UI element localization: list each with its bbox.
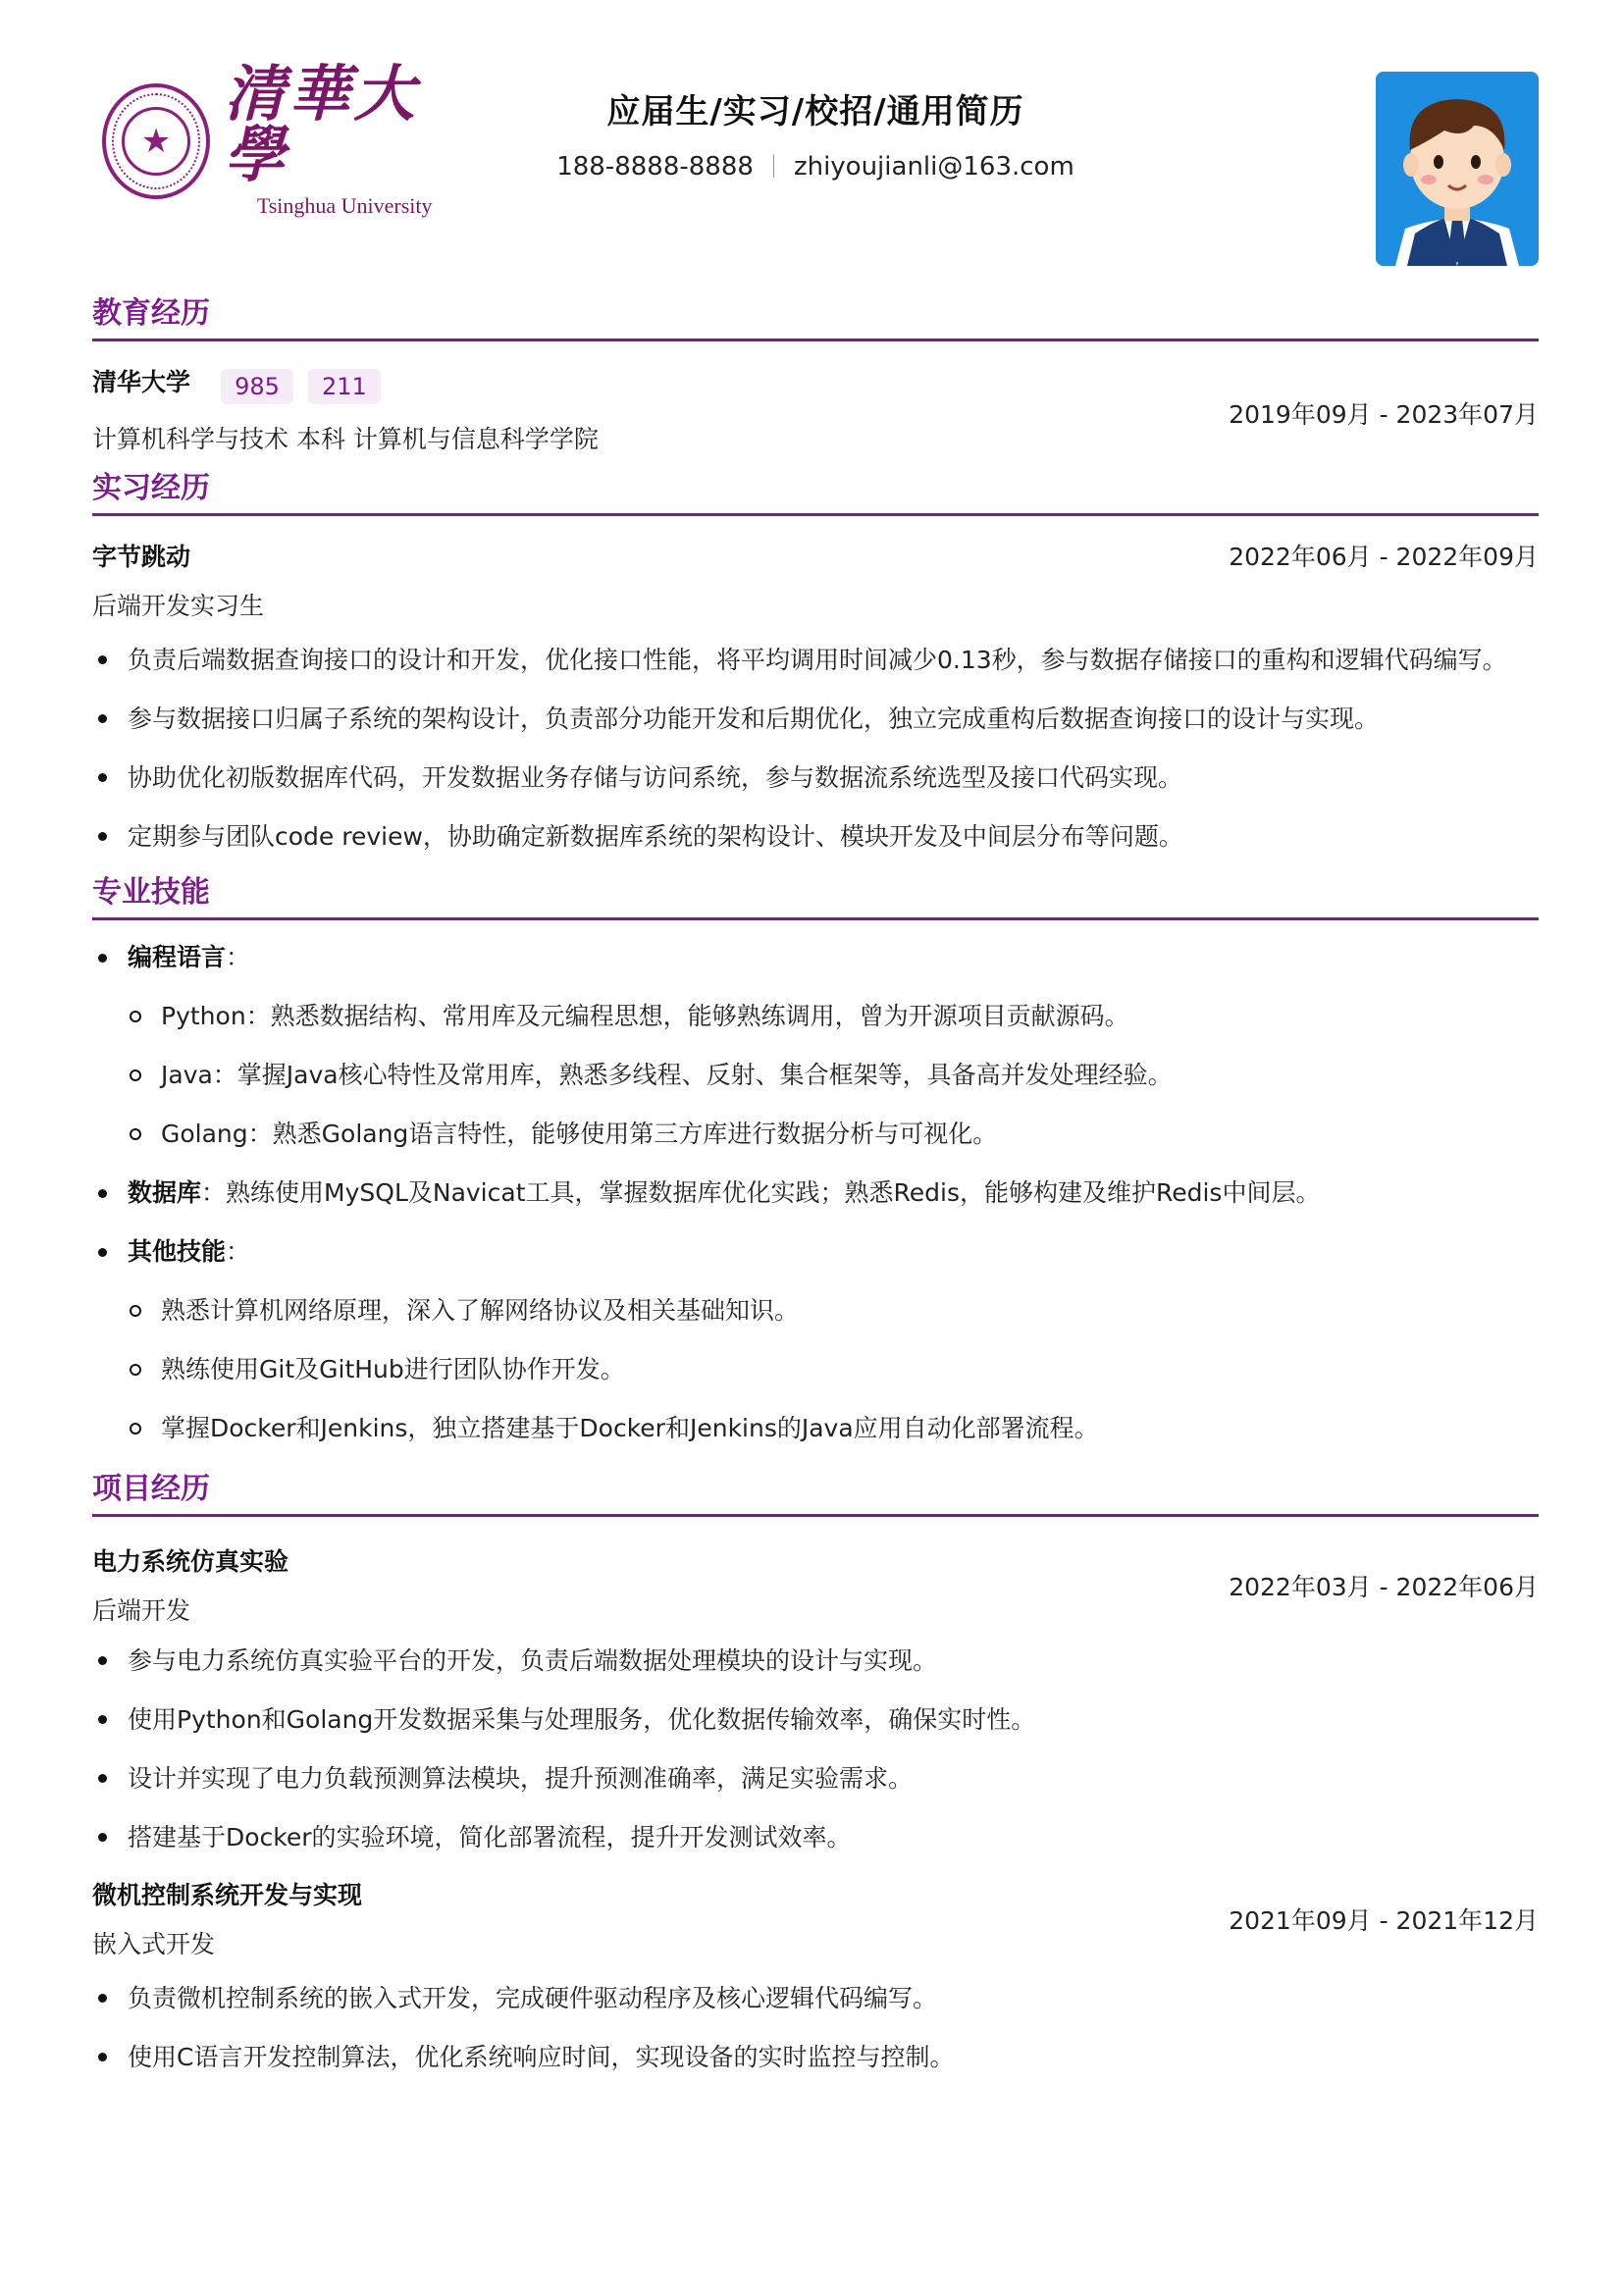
skill-group-database: 数据库：熟练使用MySQL及Navicat工具，掌握数据库优化实践；熟悉Redi… <box>92 1164 1539 1223</box>
education-detail: 计算机科学与技术 本科 计算机与信息科学学院 <box>92 420 599 455</box>
school-name: 清华大学 <box>92 368 190 396</box>
project-name: 电力系统仿真实验 <box>92 1542 288 1578</box>
tag-211: 211 <box>308 369 381 404</box>
avatar <box>1376 72 1539 266</box>
education-entry: 清华大学 985 211 计算机科学与技术 本科 计算机与信息科学学院 2019… <box>92 341 1539 459</box>
project-date: 2021年09月 - 2021年12月 <box>1229 1902 1539 1937</box>
skill-text: 熟练使用MySQL及Navicat工具，掌握数据库优化实践；熟悉Redis，能够… <box>226 1178 1320 1207</box>
internship-entry: 字节跳动 2022年06月 - 2022年09月 后端开发实习生 负责后端数据查… <box>92 538 1539 861</box>
project-date: 2022年03月 - 2022年06月 <box>1229 1568 1539 1603</box>
project-bullets: 参与电力系统仿真实验平台的开发，负责后端数据处理模块的设计与实现。 使用Pyth… <box>92 1637 1539 1862</box>
skill-label: 编程语言 <box>128 943 226 971</box>
section-title-internship: 实习经历 <box>92 469 1539 516</box>
section-title-education: 教育经历 <box>92 294 1539 341</box>
project-bullet: 使用Python和Golang开发数据采集与处理服务，优化数据传输效率，确保实时… <box>92 1695 1539 1745</box>
project-bullet: 搭建基于Docker的实验环境，简化部署流程，提升开发测试效率。 <box>92 1813 1539 1862</box>
project-name: 微机控制系统开发与实现 <box>92 1876 362 1911</box>
cartoon-boy-avatar-icon <box>1376 72 1539 266</box>
other-skills-list: 熟悉计算机网络原理，深入了解网络协议及相关基础知识。 熟练使用Git及GitHu… <box>92 1281 1539 1458</box>
skill-item: 熟悉计算机网络原理，深入了解网络协议及相关基础知识。 <box>92 1281 1539 1340</box>
skill-item: Golang：熟悉Golang语言特性，能够使用第三方库进行数据分析与可视化。 <box>92 1105 1539 1164</box>
project-bullet: 设计并实现了电力负载预测算法模块，提升预测准确率，满足实验需求。 <box>92 1754 1539 1803</box>
project-bullet: 参与电力系统仿真实验平台的开发，负责后端数据处理模块的设计与实现。 <box>92 1637 1539 1686</box>
internship-role: 后端开发实习生 <box>92 587 1539 622</box>
logo-name-en: Tsinghua University <box>257 193 433 219</box>
project-bullets: 负责微机控制系统的嵌入式开发，完成硬件驱动程序及核心逻辑代码编写。 使用C语言开… <box>92 1974 1539 2082</box>
email: zhiyoujianli@163.com <box>794 152 1074 182</box>
internship-bullet: 定期参与团队code review，协助确定新数据库系统的架构设计、模块开发及中… <box>92 812 1539 861</box>
skill-label: 数据库 <box>128 1178 201 1207</box>
internship-date: 2022年06月 - 2022年09月 <box>1229 538 1539 573</box>
resume-page: ★ 清華大學 Tsinghua University 应届生/实习/校招/通用简… <box>92 0 1539 2082</box>
contact-line: 188-8888-8888zhiyoujianli@163.com <box>92 152 1539 182</box>
tag-985: 985 <box>221 369 293 404</box>
section-education: 教育经历 清华大学 985 211 计算机科学与技术 本科 计算机与信息科学学院… <box>92 294 1539 459</box>
section-internship: 实习经历 字节跳动 2022年06月 - 2022年09月 后端开发实习生 负责… <box>92 469 1539 861</box>
skill-item: Java：掌握Java核心特性及常用库，熟悉多线程、反射、集合框架等，具备高并发… <box>92 1046 1539 1105</box>
skill-label: 其他技能 <box>128 1237 226 1266</box>
project-bullet: 使用C语言开发控制算法，优化系统响应时间，实现设备的实时监控与控制。 <box>92 2033 1539 2082</box>
skill-item: 熟练使用Git及GitHub进行团队协作开发。 <box>92 1340 1539 1399</box>
section-projects: 项目经历 电力系统仿真实验 后端开发 2022年03月 - 2022年06月 参… <box>92 1470 1539 2082</box>
skill-group-programming: 编程语言： <box>92 928 1539 987</box>
programming-skills-list: Python：熟悉数据结构、常用库及元编程思想，能够熟练调用，曾为开源项目贡献源… <box>92 987 1539 1164</box>
internship-bullet: 协助优化初版数据库代码，开发数据业务存储与访问系统，参与数据流系统选型及接口代码… <box>92 754 1539 803</box>
project-entry: 微机控制系统开发与实现 嵌入式开发 2021年09月 - 2021年12月 负责… <box>92 1862 1539 2082</box>
skill-item: 掌握Docker和Jenkins，独立搭建基于Docker和Jenkins的Ja… <box>92 1399 1539 1458</box>
section-skills: 专业技能 编程语言： Python：熟悉数据结构、常用库及元编程思想，能够熟练调… <box>92 873 1539 1458</box>
company-name: 字节跳动 <box>92 538 190 573</box>
skill-item: Python：熟悉数据结构、常用库及元编程思想，能够熟练调用，曾为开源项目贡献源… <box>92 987 1539 1046</box>
section-title-projects: 项目经历 <box>92 1470 1539 1517</box>
project-entry: 电力系统仿真实验 后端开发 2022年03月 - 2022年06月 参与电力系统… <box>92 1517 1539 1862</box>
skill-group-other: 其他技能： <box>92 1223 1539 1281</box>
section-title-skills: 专业技能 <box>92 873 1539 920</box>
resume-title: 应届生/实习/校招/通用简历 <box>92 84 1539 132</box>
internship-bullet: 参与数据接口归属子系统的架构设计，负责部分功能开发和后期优化，独立完成重构后数据… <box>92 695 1539 744</box>
internship-bullet: 负责后端数据查询接口的设计和开发，优化接口性能，将平均调用时间减少0.13秒，参… <box>92 636 1539 685</box>
title-block: 应届生/实习/校招/通用简历 188-8888-8888zhiyoujianli… <box>92 84 1539 182</box>
resume-header: ★ 清華大學 Tsinghua University 应届生/实习/校招/通用简… <box>92 0 1539 285</box>
internship-bullets: 负责后端数据查询接口的设计和开发，优化接口性能，将平均调用时间减少0.13秒，参… <box>92 636 1539 861</box>
project-bullet: 负责微机控制系统的嵌入式开发，完成硬件驱动程序及核心逻辑代码编写。 <box>92 1974 1539 2023</box>
contact-divider <box>773 154 774 178</box>
phone: 188-8888-8888 <box>556 152 754 182</box>
project-role: 嵌入式开发 <box>92 1925 215 1960</box>
project-role: 后端开发 <box>92 1591 190 1627</box>
education-date: 2019年09月 - 2023年07月 <box>1229 395 1539 431</box>
